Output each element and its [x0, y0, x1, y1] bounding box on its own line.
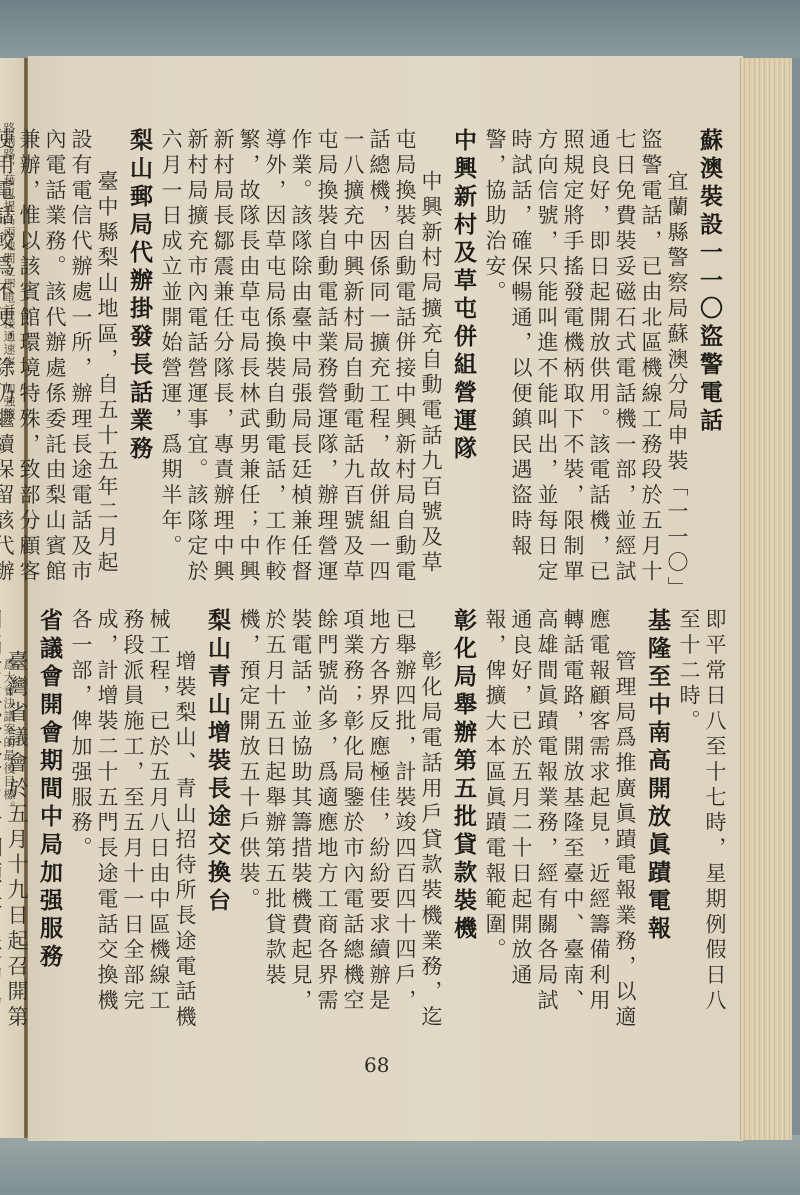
- article-title: 省議會開會期間中局加强服務: [36, 608, 62, 1038]
- article-body: 臺中縣梨山地區，自五十五年二月起設有電信代辦處一所，辦理長途電話及市內電話業務。…: [0, 128, 120, 598]
- article-title: 彰化局舉辦第五批貸款裝機: [450, 608, 476, 1038]
- continued-text: 即平常日八至十七時，星期例假日八至十二時。: [676, 608, 728, 1038]
- article-title: 基隆至中南高開放眞蹟電報: [644, 608, 670, 1038]
- scan-background-top: [0, 0, 800, 58]
- article-body: 中興新村局擴充自動電話九百號及草屯局換裝自動電話併接中興新村局自動電話總機，因係…: [158, 128, 444, 598]
- article-title: 梨山郵局代辦掛發長話業務: [126, 128, 152, 598]
- article-body: 彰化局電話用戶貸款裝機業務，迄已舉辦四批，計裝竣四百四十四戶，地方各界反應極佳，…: [236, 608, 444, 1038]
- bottom-section: 即平常日八至十七時，星期例假日八至十二時。 基隆至中南高開放眞蹟電報 管理局爲推…: [0, 608, 728, 1038]
- article-title: 中興新村及草屯併組營運隊: [450, 128, 476, 598]
- article-body: 臺灣省議會於五月十九日起召開第四屆第三次大會，會期頗長；臺中局爲便利與會議員對外…: [0, 608, 30, 1038]
- article-title: 梨山青山增裝長途交換台: [204, 608, 230, 1038]
- article-body: 增裝梨山、青山招待所長途電話機械工程，已於五月八日由中區機線工務段派員施工，至五…: [68, 608, 198, 1038]
- article-body: 宜蘭縣警察局蘇澳分局申裝「一一〇」盜警電話，已由北區機線工務段於五月十七日免費裝…: [482, 128, 690, 598]
- article-body: 管理局爲推廣眞蹟電報業務，以適應電報顧客需求起見，近經籌備利用轉話電路，開放基隆…: [482, 608, 638, 1038]
- page-number: 68: [364, 1053, 389, 1077]
- scan-background-bottom: [0, 1135, 800, 1195]
- page-stack-edges: [740, 58, 792, 1140]
- article-title: 蘇澳裝設一一〇盜警電話: [696, 128, 722, 598]
- top-section: 蘇澳裝設一一〇盜警電話 宜蘭縣警察局蘇澳分局申裝「一一〇」盜警電話，已由北區機線…: [0, 128, 728, 598]
